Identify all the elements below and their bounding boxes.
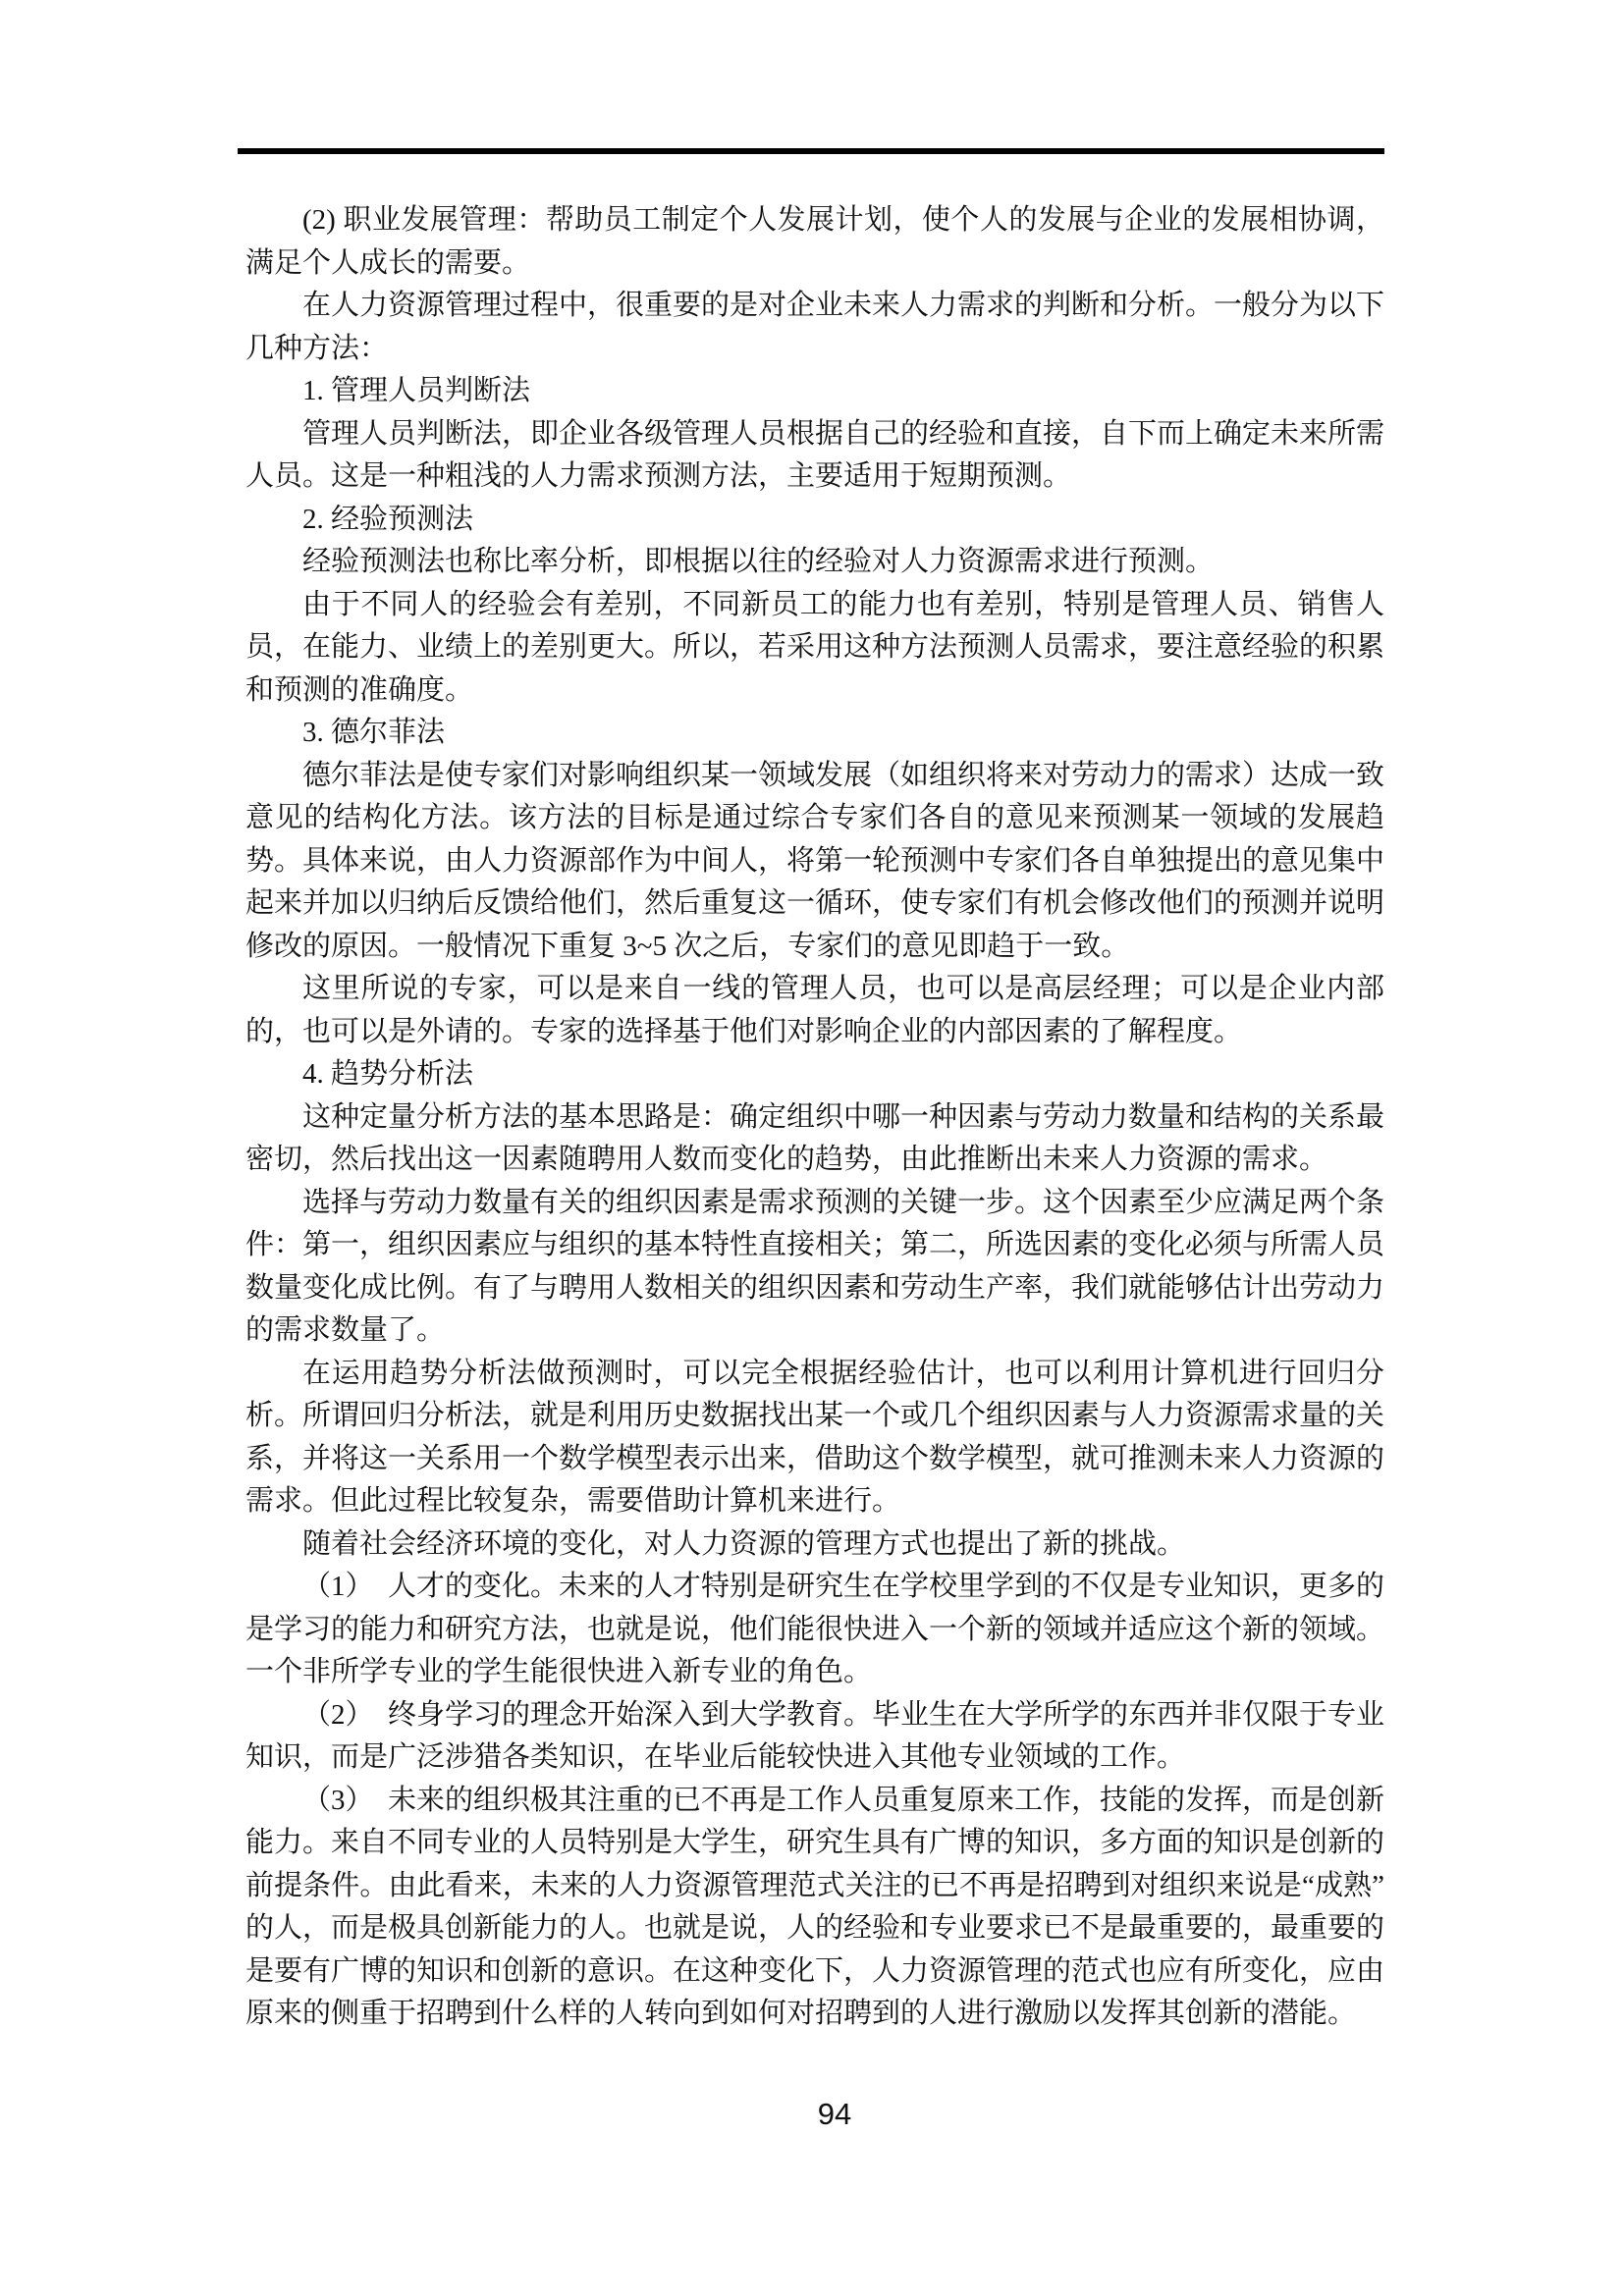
page-footer: 94 bbox=[0, 2097, 1624, 2132]
para-challenge-1: （1） 人才的变化。未来的人才特别是研究生在学校里学到的不仅是专业知识，更多的是… bbox=[245, 1566, 1384, 1694]
para-method-4-factors: 选择与劳动力数量有关的组织因素是需求预测的关键一步。这个因素至少应满足两个条件：… bbox=[245, 1182, 1384, 1353]
para-method-2-body: 经验预测法也称比率分析，即根据以往的经验对人力资源需求进行预测。 bbox=[245, 541, 1384, 584]
para-method-3-experts: 这里所说的专家，可以是来自一线的管理人员，也可以是高层经理；可以是企业内部的，也… bbox=[245, 968, 1384, 1053]
para-method-3-body: 德尔菲法是使专家们对影响组织某一领域发展（如组织将来对劳动力的需求）达成一致意见… bbox=[245, 755, 1384, 969]
heading-method-2: 2. 经验预测法 bbox=[245, 499, 1384, 542]
para-method-4-regression: 在运用趋势分析法做预测时，可以完全根据经验估计，也可以利用计算机进行回归分析。所… bbox=[245, 1353, 1384, 1523]
para-intro-methods: 在人力资源管理过程中，很重要的是对企业未来人力需求的判断和分析。一般分为以下几种… bbox=[245, 285, 1384, 370]
document-page: (2) 职业发展管理：帮助员工制定个人发展计划，使个人的发展与企业的发展相协调，… bbox=[0, 0, 1624, 2296]
para-method-4-body: 这种定量分析方法的基本思路是：确定组织中哪一种因素与劳动力数量和结构的关系最密切… bbox=[245, 1096, 1384, 1182]
page-number: 94 bbox=[818, 2097, 851, 2131]
heading-method-4: 4. 趋势分析法 bbox=[245, 1053, 1384, 1096]
header-rule bbox=[238, 148, 1384, 154]
page-body: (2) 职业发展管理：帮助员工制定个人发展计划，使个人的发展与企业的发展相协调，… bbox=[245, 199, 1384, 2036]
heading-method-3: 3. 德尔菲法 bbox=[245, 712, 1384, 755]
heading-method-1: 1. 管理人员判断法 bbox=[245, 370, 1384, 413]
para-method-2-note: 由于不同人的经验会有差别，不同新员工的能力也有差别，特别是管理人员、销售人员，在… bbox=[245, 584, 1384, 713]
para-new-challenges: 随着社会经济环境的变化，对人力资源的管理方式也提出了新的挑战。 bbox=[245, 1523, 1384, 1567]
para-method-1-body: 管理人员判断法，即企业各级管理人员根据自己的经验和直接，自下而上确定未来所需人员… bbox=[245, 413, 1384, 499]
para-challenge-2: （2） 终身学习的理念开始深入到大学教育。毕业生在大学所学的东西并非仅限于专业知… bbox=[245, 1694, 1384, 1780]
para-challenge-3: （3） 未来的组织极其注重的已不再是工作人员重复原来工作，技能的发挥，而是创新能… bbox=[245, 1780, 1384, 2036]
para-career-development: (2) 职业发展管理：帮助员工制定个人发展计划，使个人的发展与企业的发展相协调，… bbox=[245, 199, 1384, 285]
